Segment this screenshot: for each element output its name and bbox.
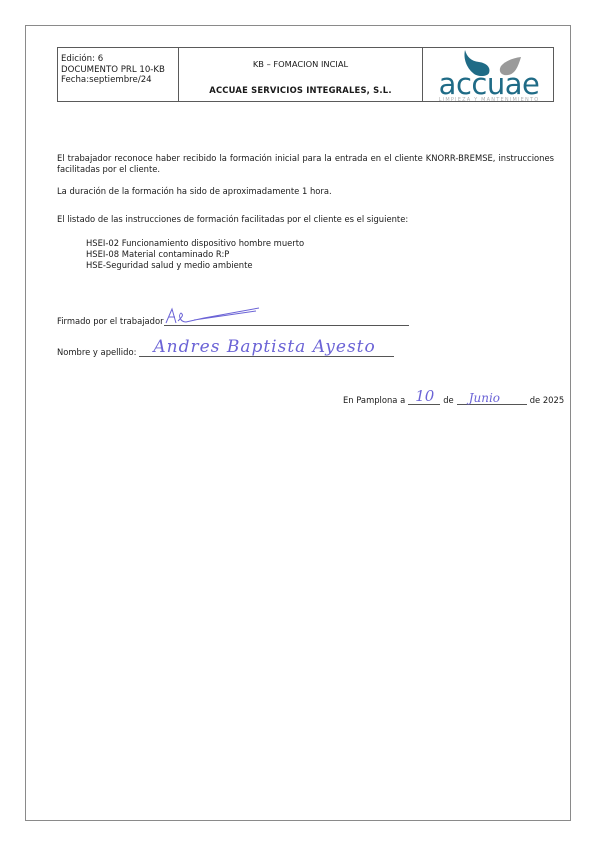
company-logo: accuae LIMPIEZA Y MANTENIMIENTO	[423, 48, 553, 101]
document-info: Edición: 6 DOCUMENTO PRL 10-KB Fecha:sep…	[58, 48, 179, 101]
date-connector: de	[443, 395, 453, 405]
document-header: Edición: 6 DOCUMENTO PRL 10-KB Fecha:sep…	[57, 47, 554, 102]
handwritten-month: Junio	[469, 391, 500, 405]
name-field[interactable]: Andres Baptista Ayesto	[139, 343, 394, 357]
year: 2025	[543, 395, 564, 405]
handwritten-signature	[164, 305, 264, 327]
signed-by-label: Firmado por el trabajador	[57, 316, 164, 326]
name-row: Nombre y apellido: Andres Baptista Ayest…	[57, 343, 394, 357]
header-title-cell: KB – FOMACION INCIAL ACCUAE SERVICIOS IN…	[179, 48, 423, 101]
logo-wordmark: accuae	[431, 69, 547, 99]
list-item: HSE-Seguridad salud y medio ambiente	[86, 260, 304, 271]
month-field[interactable]: Junio	[457, 391, 527, 405]
document-code: DOCUMENTO PRL 10-KB	[61, 65, 178, 76]
document-title: KB – FOMACION INCIAL	[179, 59, 422, 69]
logo-subtitle: LIMPIEZA Y MANTENIMIENTO	[435, 97, 543, 101]
list-item: HSEI-02 Funcionamiento dispositivo hombr…	[86, 238, 304, 249]
signature-field[interactable]	[164, 312, 409, 326]
instructions-list: HSEI-02 Funcionamiento dispositivo hombr…	[86, 238, 304, 271]
page-frame	[25, 25, 571, 821]
date-connector: de	[530, 395, 540, 405]
day-field[interactable]: 10	[408, 391, 440, 405]
handwritten-day: 10	[415, 387, 434, 405]
company-name: ACCUAE SERVICIOS INTEGRALES, S.L.	[179, 85, 422, 95]
document-date: Fecha:septiembre/24	[61, 75, 178, 86]
list-item: HSEI-08 Material contaminado R:P	[86, 249, 304, 260]
instructions-intro: El listado de las instrucciones de forma…	[57, 214, 408, 225]
edition: Edición: 6	[61, 54, 178, 65]
place-prefix: En Pamplona a	[343, 395, 405, 405]
signature-row: Firmado por el trabajador	[57, 312, 409, 326]
acknowledgement-paragraph: El trabajador reconoce haber recibido la…	[57, 153, 554, 175]
name-label: Nombre y apellido:	[57, 347, 136, 357]
place-date-row: En Pamplona a 10 de Junio de 2025	[343, 391, 564, 405]
duration-paragraph: La duración de la formación ha sido de a…	[57, 186, 332, 197]
handwritten-name: Andres Baptista Ayesto	[153, 337, 375, 357]
